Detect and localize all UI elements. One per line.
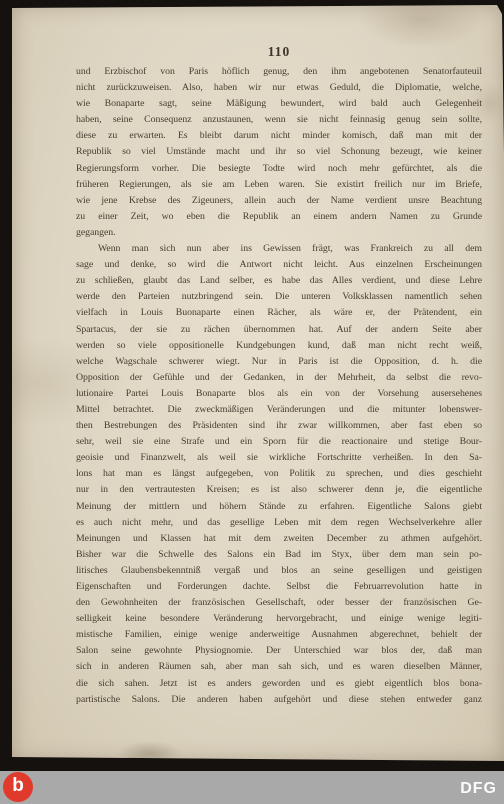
text-line: Republik so viel Umstände macht und ihr … [76, 144, 482, 160]
text-line: Regierungsform vorher. Die besiegte Todt… [76, 161, 482, 177]
bsb-logo-letter: b [12, 775, 24, 797]
text-line: werden so viele oppositionelle Kundgebun… [76, 338, 482, 354]
text-line: mistische Familien, einige wenige anderw… [76, 627, 482, 643]
text-line: es auch nicht mehr, und das gesellige Le… [76, 515, 482, 531]
text-line: gegangen. [76, 225, 482, 241]
page-number: 110 [76, 44, 482, 60]
text-line: sehr, weil sie eine Strafe und ein Sporn… [76, 434, 482, 450]
text-line: zu schließen, glaubt das Land selber, es… [76, 273, 482, 289]
text-line: lutionaire Partei Louis Bonaparte blos a… [76, 386, 482, 402]
text-line: selligkeit keine besondere Veränderung h… [76, 611, 482, 627]
text-line: sage und denke, so wird die Antwort nich… [76, 257, 482, 273]
text-line: litisches Glaubensbekenntniß vergaß und … [76, 563, 482, 579]
dfg-logo: DFG [460, 780, 497, 798]
text-line: Mittel betrachtet. Die zweckmäßigen Verä… [76, 402, 482, 418]
book-page: 110 und Erzbischof von Paris höflich gen… [12, 5, 504, 761]
text-line: Meinungen und Klassen hat mit dem zweite… [76, 531, 482, 547]
text-line: wie Bonaparte sagt, seine Mäßigung bewun… [76, 96, 482, 112]
text-line: Bisher war die Schwelle des Salons ein B… [76, 547, 482, 563]
text-line: Eigenschaften und Forderungen dachte. Se… [76, 579, 482, 595]
text-line: zu einer Zeit, wo eben die Republik an e… [76, 209, 482, 225]
text-line: nicht zurückzuweisen. Also, haben wir nu… [76, 80, 482, 96]
footer-bar: b DFG [0, 771, 504, 804]
text-line: Meinung der mittlern und höhern Stände z… [76, 499, 482, 515]
text-line: wie jene Krebse des Zigeuners, allein au… [76, 193, 482, 209]
text-line: nur in den vertrautesten Kreisen; es ist… [76, 482, 482, 498]
scan-viewport: 110 und Erzbischof von Paris höflich gen… [0, 0, 504, 804]
text-line: partistische Salons. Die anderen haben a… [76, 692, 482, 708]
text-line: Opposition der Gefühle und der Gedanken,… [76, 370, 482, 386]
text-line: Spartacus, der sie zu rächen übernommen … [76, 322, 482, 338]
text-line: then Bestrebungen des Präsidenten sind i… [76, 418, 482, 434]
bsb-library-logo-icon: b [3, 772, 33, 802]
text-line: Salon seine gewohnte Physiognomie. Der U… [76, 643, 482, 659]
text-line: werde den Parteien nutzbringend sein. Di… [76, 289, 482, 305]
text-line: diese zu erwarten. Es bleibt darum nicht… [76, 128, 482, 144]
text-line: sich in anderen Räumen sah, aber man sah… [76, 659, 482, 675]
text-line: lons hat man es längst aufgegeben, von P… [76, 466, 482, 482]
text-line: früheren Regierungen, als sie am Leben w… [76, 177, 482, 193]
text-line: haben, seine Consequenz anzustaunen, wen… [76, 112, 482, 128]
text-line: und Erzbischof von Paris höflich genug, … [76, 64, 482, 80]
text-block: und Erzbischof von Paris höflich genug, … [76, 64, 482, 708]
text-line: vielfach in Louis Buonaparte einen Räche… [76, 305, 482, 321]
text-line: Wenn man sich nun aber ins Gewissen fräg… [76, 241, 482, 257]
text-line: die sich sahen. Jetzt ist es anders gewo… [76, 676, 482, 692]
text-line: welche Wagschale schwerer wiegt. Nur in … [76, 354, 482, 370]
text-line: den Gewohnheiten der französischen Gesel… [76, 595, 482, 611]
text-line: geoisie und Finanzwelt, als weil sie wir… [76, 450, 482, 466]
